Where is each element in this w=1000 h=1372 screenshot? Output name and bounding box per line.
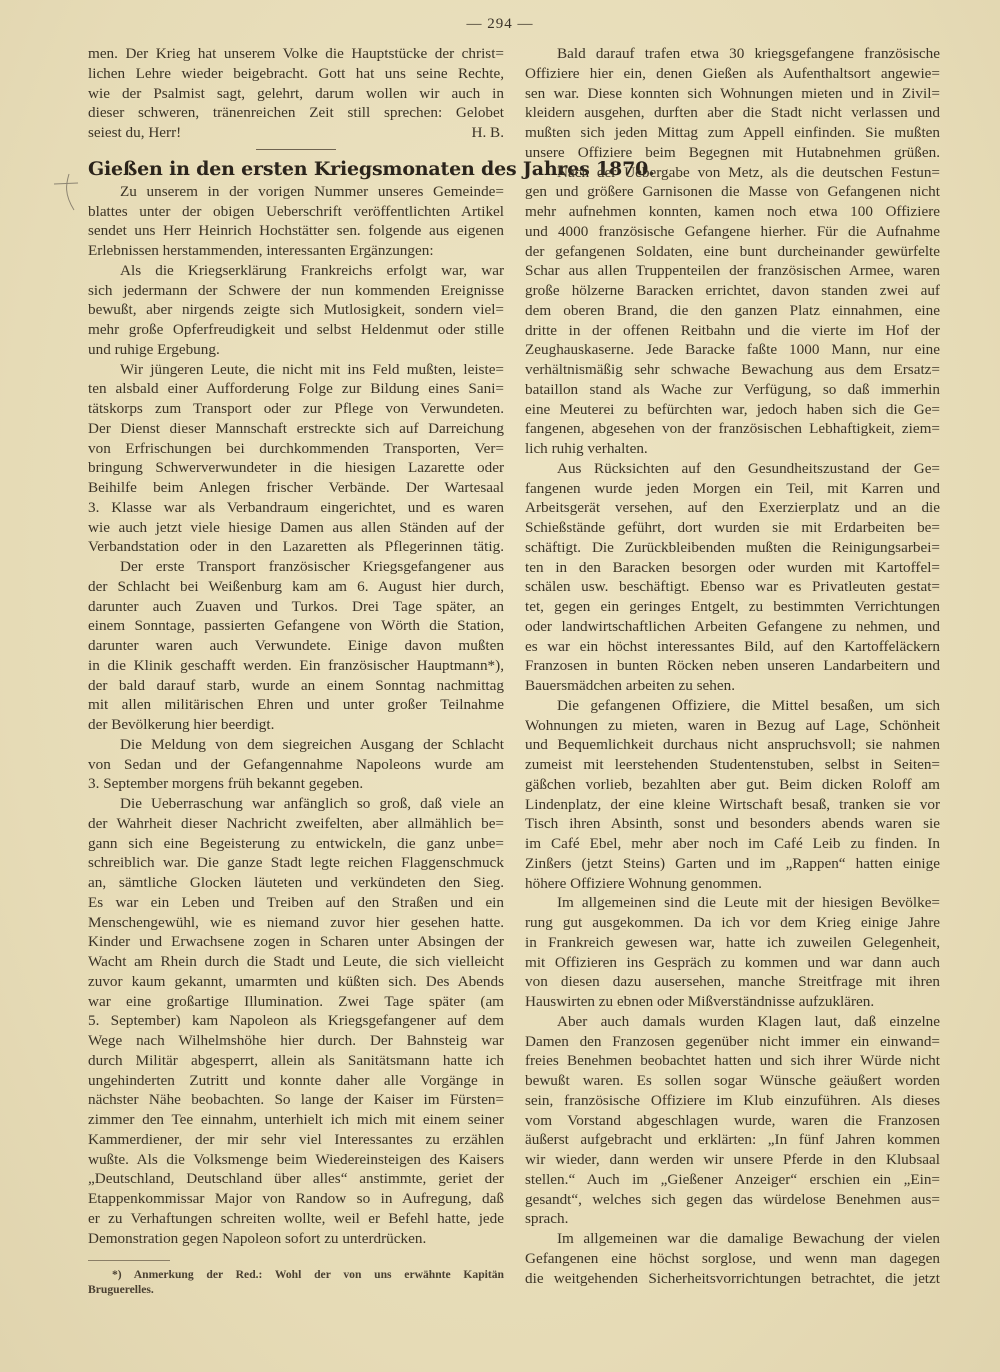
preceding-article-ending: men. Der Krieg hat unserem Volke die Hau… <box>88 44 504 143</box>
text-line: Lindenplatz, der eine kleine Wirtschaft … <box>525 795 940 815</box>
text-line: der bald darauf starb, wurde an einem So… <box>88 676 504 696</box>
text-line: von diesen dazu ausersehen, manche Strei… <box>525 972 940 992</box>
text-line: Erlebnissen herstammenden, interessanten… <box>88 241 504 261</box>
text-line: mit allen militärischen Ehren und unter … <box>88 695 504 715</box>
paragraph: Der erste Transport französischer Kriegs… <box>88 557 504 735</box>
text-line: er zu Verhaftungen schreiten wollte, wei… <box>88 1209 504 1229</box>
text-line: dem oberen Brand, die den ganzen Platz e… <box>525 301 940 321</box>
text-line: Zu unserem in der vorigen Nummer unseres… <box>88 182 504 202</box>
text-line: 3. Klasse war als Verbandraum eingericht… <box>88 498 504 518</box>
footnote-line: Bruguerelles. <box>88 1282 504 1297</box>
text-line: fangenen wurde jeden Morgen ein Teil, mi… <box>525 479 940 499</box>
paragraph: Zu unserem in der vorigen Nummer unseres… <box>88 182 504 261</box>
text-line: Beihilfe beim Anlegen frischer Verbände.… <box>88 478 504 498</box>
text-line: Gefangenen eine höchst sorglose, und wen… <box>525 1249 940 1269</box>
text-line: Tisch ihren Absinth, sonst und besonders… <box>525 814 940 834</box>
text-line: bataillon stand als Wache zur Verfügung,… <box>525 380 940 400</box>
closing-line: seiest du, Herr! H. B. <box>88 123 504 143</box>
text-line: gesandt“, welches sich gegen das würdelo… <box>525 1190 940 1210</box>
footnote-line: *) Anmerkung der Red.: Wohl der von uns … <box>88 1267 504 1282</box>
text-line: verhältnismäßig sehr schwache Bewachung … <box>525 360 940 380</box>
text-line: der Schlacht bei Weißenburg kam am 6. Au… <box>88 577 504 597</box>
text-line: freies Benehmen beobachtet hatten und si… <box>525 1051 940 1071</box>
text-line: und 4000 französische Gefangene hierher.… <box>525 222 940 242</box>
text-line: Die gefangenen Offiziere, die Mittel bes… <box>525 696 940 716</box>
text-line: dieser schweren, tränenreichen Zeit stil… <box>88 103 504 123</box>
text-line: Im allgemeinen sind die Leute mit der hi… <box>525 893 940 913</box>
footnote: *) Anmerkung der Red.: Wohl der von uns … <box>88 1267 504 1297</box>
text-line: die weitgehenden Sicherheitsvorrichtunge… <box>525 1269 940 1289</box>
text-line: in Frankreich gewesen war, hatte ich zuw… <box>525 933 940 953</box>
paragraph: Die Meldung von dem siegreichen Ausgang … <box>88 735 504 794</box>
text-line: bewußt, aber nirgends zeigte sich Mutlos… <box>88 300 504 320</box>
text-line: von Erfrischungen bei durchkommenden Tra… <box>88 439 504 459</box>
text-line: sendet uns Herr Heinrich Hochstätter sen… <box>88 221 504 241</box>
text-line: tet, gegen ein geringes Entgelt, zu best… <box>525 597 940 617</box>
text-line: war eine großartige Illumination. Zwei T… <box>88 992 504 1012</box>
text-line: ungehinderten Zutritt und konnte daher a… <box>88 1071 504 1091</box>
text-line: gen und größere Garnisonen die Masse von… <box>525 182 940 202</box>
paragraph: Bald darauf trafen etwa 30 kriegsgefange… <box>525 44 940 163</box>
footnote-reference-line: in die Klinik geschafft werden. Ein fran… <box>88 656 504 676</box>
text-line: sen war. Diese konnten sich Wohnungen mi… <box>525 84 940 104</box>
text-line: ten alsbald einer Aufforderung Folge zur… <box>88 379 504 399</box>
text-line: Der Dienst dieser Mannschaft erstreckte … <box>88 419 504 439</box>
text-line: Schießstände geführt, dort wurden sie mi… <box>525 518 940 538</box>
footnote-divider <box>88 1260 170 1261</box>
text-line: zimmer den Tee einnahm, unterhielt ich m… <box>88 1110 504 1130</box>
text-line: äußerst aufgebracht und erklärten: „In f… <box>525 1130 940 1150</box>
text-line: mehr große Opferfreudigkeit und selbst H… <box>88 320 504 340</box>
text-line: „Deutschland, Deutschland über alles“ an… <box>88 1169 504 1189</box>
page-number: — 294 — <box>0 16 1000 33</box>
text-line: höhere Offiziere Wohnung genommen. <box>525 874 940 894</box>
author-signature: H. B. <box>472 123 505 143</box>
text-line: Zeughauskaserne. Jede Baracke faßte 1000… <box>525 340 940 360</box>
text-line: und ruhige Ergebung. <box>88 340 504 360</box>
text-line: kleidern ausgehen, durften aber die Stad… <box>525 103 940 123</box>
text-line: der Wahrheit dieser Nachricht zweifelten… <box>88 814 504 834</box>
text-line: Hauswirten zu ebnen oder Mißverständniss… <box>525 992 940 1012</box>
text-line: Wir jüngeren Leute, die nicht mit ins Fe… <box>88 360 504 380</box>
paragraph: Im allgemeinen sind die Leute mit der hi… <box>525 893 940 1012</box>
text-line: Die Ueberraschung war anfänglich so groß… <box>88 794 504 814</box>
text-line: Bauersmädchen arbeiten zu sehen. <box>525 676 940 696</box>
text-line: 3. September morgens früh bekannt gegebe… <box>88 774 504 794</box>
text-line: gäßchen vorlieb, bezahlten aber gut. Bei… <box>525 775 940 795</box>
text-line: Zinßers (jetzt Steins) Garten und im „Ra… <box>525 854 940 874</box>
text-line: blattes unter der obigen Ueberschrift ve… <box>88 202 504 222</box>
text-line: Etappenkommissar Major von Randow so in … <box>88 1189 504 1209</box>
text-line: gann sich eine Begeisterung zu entwickel… <box>88 834 504 854</box>
text-line: Der erste Transport französischer Kriegs… <box>88 557 504 577</box>
paragraph: Die Ueberraschung war anfänglich so groß… <box>88 794 504 1248</box>
text-line: Verbandstation oder in den Lazaretten al… <box>88 537 504 557</box>
text-line: Schar aus allen Truppenteilen der franzö… <box>525 261 940 281</box>
text-line: Demonstration gegen Napoleon sofort zu u… <box>88 1229 504 1249</box>
text-line: eine Meuterei zu befürchten war, jedoch … <box>525 400 940 420</box>
text-line: schäftigt. Die Zurückbleibenden mußten d… <box>525 538 940 558</box>
text-line: einem Sonntage, passierten Gefangene von… <box>88 616 504 636</box>
text-line: zumeist mit leerstehenden Studentenstube… <box>525 755 940 775</box>
right-column: Bald darauf trafen etwa 30 kriegsgefange… <box>525 44 940 1288</box>
text-line: lich ruhig verhalten. <box>525 439 940 459</box>
text-line: wir wieder, dann werden wir unsere Pferd… <box>525 1150 940 1170</box>
text-line: Im allgemeinen war die damalige Bewachun… <box>525 1229 940 1249</box>
text-line: Als die Kriegserklärung Frankreichs erfo… <box>88 261 504 281</box>
text-line: rung gut ausgekommen. Da ich vor dem Kri… <box>525 913 940 933</box>
text-line: Kammerdiener, der mir sehr viel Interess… <box>88 1130 504 1150</box>
text-line: durch Militär abgesperrt, allein als San… <box>88 1051 504 1071</box>
text-line: tätskorps zum Transport oder zur Pflege … <box>88 399 504 419</box>
text-line: zuvor kaum gekannt, umarmten und küßten … <box>88 972 504 992</box>
text-line: wußte. Als die Volksmenge beim Wiederein… <box>88 1150 504 1170</box>
text-line: und Bequemlichkeit durchaus nicht anspru… <box>525 735 940 755</box>
text-line: Aber auch damals wurden Klagen laut, daß… <box>525 1012 940 1032</box>
text-line: oder landwirtschaftlichen Arbeiten Gefan… <box>525 617 940 637</box>
text-line: Franzosen in bunten Röcken neben unseren… <box>525 656 940 676</box>
text-line: Die Meldung von dem siegreichen Ausgang … <box>88 735 504 755</box>
text-line: große hölzerne Baracken errichtet, davon… <box>525 281 940 301</box>
text-line: sich jedermann der Schwere der nun komme… <box>88 281 504 301</box>
text-line: Damen den Franzosen gegenüber nicht imme… <box>525 1032 940 1052</box>
text-line: der Bevölkerung hier beerdigt. <box>88 715 504 735</box>
text-line: Offiziere hier ein, denen Gießen als Auf… <box>525 64 940 84</box>
text-line: wie der Psalmist sagt, gelehrt, darum wo… <box>88 84 504 104</box>
text-line: stellen.“ Auch im „Gießener Anzeiger“ er… <box>525 1170 940 1190</box>
text-line: sein, französische Offiziere im Klub ein… <box>525 1091 940 1111</box>
closing-text: seiest du, Herr! <box>88 123 181 143</box>
text-line: schreiblich war. Die ganze Stadt legte r… <box>88 853 504 873</box>
text-line: dritte in der offenen Reitbahn und die v… <box>525 321 940 341</box>
text-line: darunter auch Zuaven und Turkos. Drei Ta… <box>88 597 504 617</box>
text-line: bewußt waren. Es sollen sogar Wünsche ge… <box>525 1071 940 1091</box>
paragraph: Die gefangenen Offiziere, die Mittel bes… <box>525 696 940 894</box>
text-line: Wohnungen zu mieten, waren in Bezug auf … <box>525 716 940 736</box>
text-line: Aus Rücksichten auf den Gesundheitszusta… <box>525 459 940 479</box>
text-line: 5. September) kam Napoleon als Kriegsgef… <box>88 1011 504 1031</box>
pencil-margin-mark-icon <box>52 170 82 214</box>
text-line: Bald darauf trafen etwa 30 kriegsgefange… <box>525 44 940 64</box>
text-line: Wege nach Wilhelmshöhe hier durch. Der B… <box>88 1031 504 1051</box>
text-line: unsere Offiziere beim Begegnen mit Hutab… <box>525 143 940 163</box>
article-title: Gießen in den ersten Kriegsmonaten des J… <box>88 156 504 182</box>
text-line: mit Offizieren ins Gespräch zu kommen un… <box>525 953 940 973</box>
text-line: nächster Nähe beobachten. So lange der K… <box>88 1090 504 1110</box>
text-line: ten in den Baracken besorgen oder wurden… <box>525 558 940 578</box>
text-line: bringung Schwerverwundeter in die hiesig… <box>88 458 504 478</box>
text-line: Kinder und Erwachsene zogen in Scharen u… <box>88 932 504 952</box>
text-line: Arbeitsgerät versehen, auf den Exerzierp… <box>525 498 940 518</box>
paragraph: Wir jüngeren Leute, die nicht mit ins Fe… <box>88 360 504 558</box>
paragraph: Im allgemeinen war die damalige Bewachun… <box>525 1229 940 1288</box>
text-line: vom Vorstand abgeschlagen wurde, waren d… <box>525 1111 940 1131</box>
text-line: men. Der Krieg hat unserem Volke die Hau… <box>88 44 504 64</box>
text-line: im Café Ebel, mehr aber noch im Café Lei… <box>525 834 940 854</box>
paragraph: Aber auch damals wurden Klagen laut, daß… <box>525 1012 940 1229</box>
left-column: men. Der Krieg hat unserem Volke die Hau… <box>88 44 504 1297</box>
text-line: fangenen, abgesehen von der französische… <box>525 419 940 439</box>
paragraph: Nach der Uebergabe von Metz, als die deu… <box>525 163 940 459</box>
paragraph: Aus Rücksichten auf den Gesundheitszusta… <box>525 459 940 696</box>
text-line: darunter waren auch Verwundete. Einige d… <box>88 636 504 656</box>
text-line: an, sämtliche Glocken läuteten und verkü… <box>88 873 504 893</box>
text-line: der gefangenen Soldaten, eine bunt durch… <box>525 242 940 262</box>
text-line: Wacht am Rhein durch die Stadt und Leute… <box>88 952 504 972</box>
text-line: Nach der Uebergabe von Metz, als die deu… <box>525 163 940 183</box>
text-line: wie auch jetzt viele hiesige Damen aus a… <box>88 518 504 538</box>
paragraph: Als die Kriegserklärung Frankreichs erfo… <box>88 261 504 360</box>
text-line: sprach. <box>525 1209 940 1229</box>
text-line: schälen usw. beschäftigt. Ebenso war es … <box>525 577 940 597</box>
text-line: mußten sich jeden Mittag zum Appell einf… <box>525 123 940 143</box>
text-line: mehr aufnehmen konnten, kamen noch etwa … <box>525 202 940 222</box>
text-line: von Sedan und der Gefangennahme Napoleon… <box>88 755 504 775</box>
text-line: lichen Lehre wieder beigebracht. Gott ha… <box>88 64 504 84</box>
text-line: es war ein höchst interessantes Bild, au… <box>525 637 940 657</box>
text-line: Menschengewühl, wie es niemand zuvor hie… <box>88 913 504 933</box>
text-line: Es war ein Leben und Treiben auf den Str… <box>88 893 504 913</box>
section-divider <box>256 149 336 150</box>
